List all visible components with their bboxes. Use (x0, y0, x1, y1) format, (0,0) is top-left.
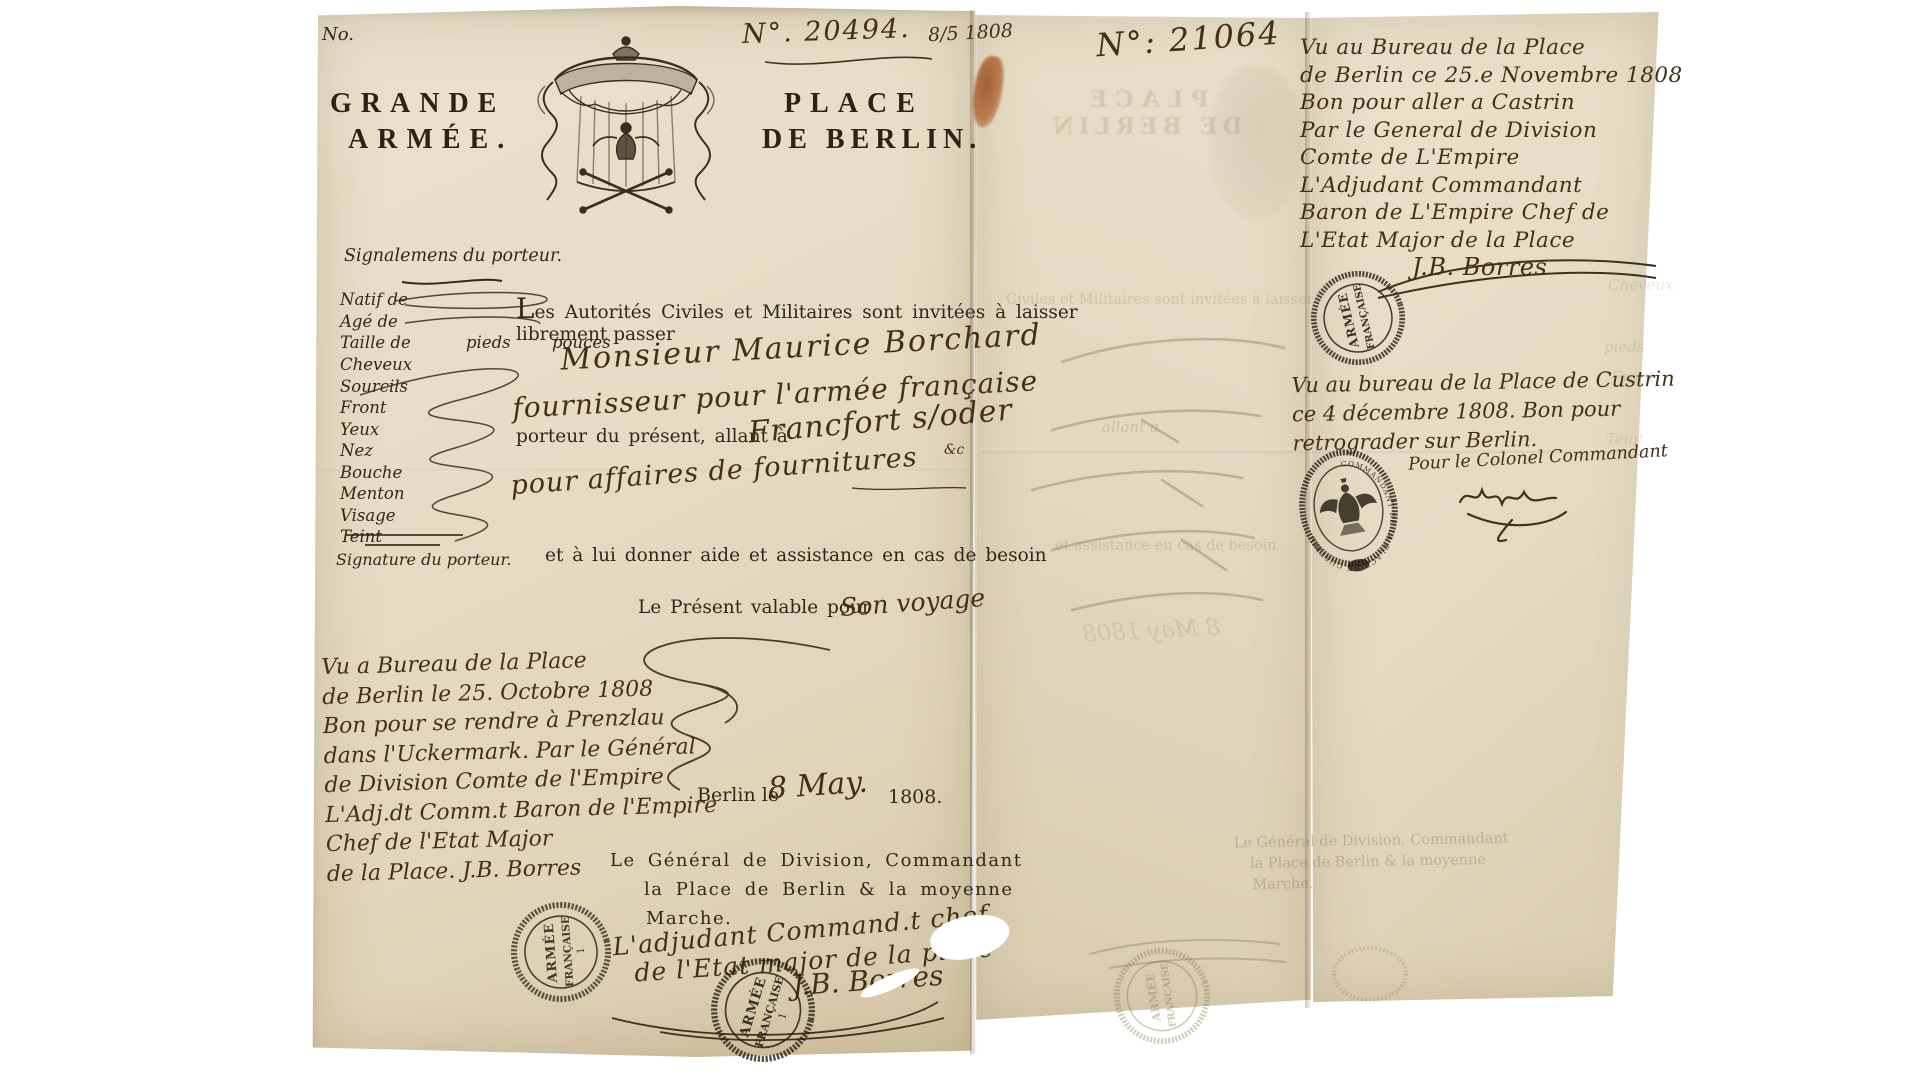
imperial-eagle-crest-icon (525, 32, 727, 226)
bleedthrough-stamp-faint (1330, 944, 1410, 1004)
bleed-field: Front (1612, 368, 1654, 386)
date-handwritten: 8 May. (767, 765, 869, 807)
bleed-fragment-authorities: Civiles et Militaires sont invitées à la… (1006, 292, 1314, 308)
visa-line: Vu au Bureau de la Place (1300, 34, 1683, 62)
bleed-field: Cheveux (1608, 276, 1674, 294)
signalement-title: Signalemens du porteur. (344, 246, 562, 266)
stamp-text-number: 1 (776, 1011, 789, 1021)
passport-number-date: 8/5 1808 (927, 20, 1013, 46)
passport-number-left: N°. 20494. (742, 13, 912, 50)
visa-line: L'Adjudant Commandant (1300, 172, 1683, 200)
visa-line: Bon pour aller a Castrin (1300, 89, 1683, 117)
masthead-place: PLACE (784, 88, 924, 120)
visa-line: Par le General de Division (1300, 117, 1683, 145)
signature-label: Signature du porteur. (336, 550, 511, 569)
body-porteur-line: porteur du présent, allant à (516, 426, 788, 447)
armee-francaise-stamp-2: ARMÉE FRANÇAISE 1 (700, 947, 826, 1073)
castrin-visa-block: Vu au Bureau de la Place de Berlin ce 25… (1300, 34, 1683, 282)
date-year: 1808. (888, 786, 942, 808)
bleedthrough-scribbles-bottom (1080, 928, 1300, 974)
masthead-armee: ARMÉE. (348, 124, 513, 156)
scanned-passport-document: No. N°. 20494. 8/5 1808 GRANDE ARMÉE. PL… (0, 0, 1920, 1080)
bleed-field: pieds (1604, 338, 1645, 356)
destination-suffix: &c (944, 442, 964, 458)
body-assistance-line: et à lui donner aide et assistance en ca… (545, 545, 1047, 566)
visa-line: de Berlin ce 25.e Novembre 1808 (1300, 62, 1683, 90)
eagle-stamp: COMMANDANT DE LA PLACE DE CUSTRIN (1288, 440, 1410, 582)
masthead-grande: GRANDE (330, 88, 505, 120)
validity-label: Le Présent valable pour (638, 597, 871, 618)
stamp-text-number: 1 (576, 947, 587, 954)
bleedthrough-crest (1210, 66, 1302, 218)
bleedthrough-commander-block: Le Général de Division, Commandant la Pl… (1233, 829, 1509, 897)
bleed-field: Teint (1606, 430, 1644, 448)
masthead-de-berlin: DE BERLIN. (762, 124, 982, 156)
stamp-text-armee: ARMÉE (541, 922, 561, 984)
no-label: No. (322, 24, 354, 45)
visa-line: Baron de L'Empire Chef de (1300, 199, 1683, 227)
signature-scribble (1448, 474, 1578, 554)
stamp-text-francaise: FRANÇAISE (560, 916, 577, 988)
signature-blank-line (345, 534, 463, 536)
visa-line: Comte de L'Empire (1300, 144, 1683, 172)
number-underline-flourish (760, 50, 940, 70)
commander-title-line1: Le Général de Division, Commandant (610, 850, 1022, 871)
date-prefix: Berlin le (697, 784, 779, 806)
commander-title-line2: la Place de Berlin & la moyenne (644, 879, 1014, 900)
bleedthrough-scribbles (992, 320, 1302, 650)
purpose-trailing-line (850, 482, 970, 494)
